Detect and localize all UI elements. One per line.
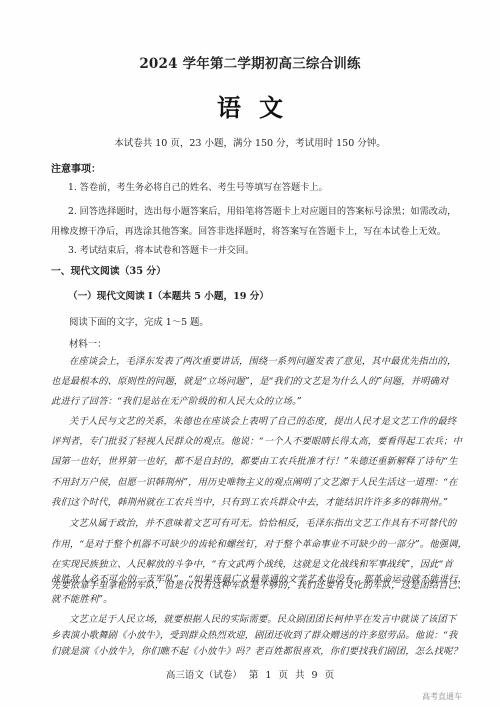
passage-line: 文艺从属于政治，并不意味着文艺可有可无。恰恰相反，毛泽东指出文艺工作具有不可替代…: [69, 518, 456, 530]
watermark: 高考直通车: [422, 691, 462, 702]
passage-line: 我们这个时代，韩荆州就在工农兵当中，只有到工农兵群众中去，才能结识许许多多的韩荆…: [51, 497, 448, 509]
passage-line: 就不能胜利”。: [51, 594, 113, 606]
passage-line: 不用封万户侯，但愿一识韩荆州”，用历史唯物主义的观点阐明了文艺源于人民生活这一道…: [51, 477, 458, 489]
passage-line: 们就是演《小放牛》，你们瞧不起《小放牛》吗？老百姓都很喜欢，你们要找我们剧团，怎…: [51, 646, 462, 658]
passage-line: 此进行了回答：“我们是站在无产阶级的和人民大众的立场。”: [51, 396, 302, 408]
material-label: 材料一：: [69, 336, 107, 350]
passage-line: 评判者，专门批驳了轻视人民群众的观点。他说：“一个人不要眼睛长得太高，要看得起工…: [51, 436, 462, 448]
reading-instruction: 阅读下面的文字，完成 1～5 题。: [69, 314, 209, 328]
passage-line: 国第一也好，世界第一也好，都不是自封的，都要由工农兵批准才行！”朱德还重新解释了…: [51, 456, 458, 468]
notice-item-1: 1. 答卷前，考生务必将自己的姓名、考生号等填写在答题卡上。: [68, 182, 328, 194]
notice-item-3: 3. 考试结束后，将本试卷和答题卡一并交回。: [68, 245, 254, 257]
exam-title: 2024 学年第二学期初高三综合训练: [0, 52, 500, 72]
subject-title: 语文: [0, 88, 500, 123]
passage-line: 在实现民族独立、人民解放的斗争中，“有文武两个战线，这就是文化战线和军事战线”，…: [51, 559, 453, 571]
section-heading: 一、现代文阅读（35 分）: [51, 263, 166, 277]
notice-item-2: 2. 回答选择题时，选出每小题答案后，用铅笔将答题卡上对应题目的答案标号涂黑；如…: [68, 206, 456, 218]
exam-info: 本试卷共 10 页，23 小题，满分 150 分，考试用时 150 分钟。: [0, 135, 500, 149]
passage-line: 乡表演小歌舞剧《小放牛》，受到群众热烈欢迎，剧团还收到了群众赠送的许多慰劳品。他…: [51, 630, 457, 642]
passage-line: 文艺立足于人民立场，就要根据人民的实际需要。民众剧团团长柯仲平在发言中就谈了该团…: [69, 614, 456, 626]
passage-line: 在座谈会上，毛泽东发表了两次重要讲话，围绕一系列问题发表了意见，其中最优先指出的…: [69, 356, 456, 368]
exam-page: 2024 学年第二学期初高三综合训练 语文 本试卷共 10 页，23 小题，满分…: [0, 0, 500, 707]
notice-heading: 注意事项：: [51, 160, 101, 175]
passage-line: 也是最根本的、原则性的问题，就是“立场问题”，是“我们的文艺是为什么人的”问题，…: [51, 376, 449, 388]
page-footer: 高三语文（试卷） 第 1 页 共 9 页: [0, 667, 500, 681]
passage-line: 作用，“是对于整个机器不可缺少的齿轮和螺丝钉，对于整个革命事业不可缺少的一部分”…: [51, 539, 467, 551]
passage-line: 战胜敌人必不可少的一支军队”，“如果连最广义最普通的文学艺术也没有，那革命运动就…: [51, 574, 467, 586]
notice-item-2-cont: 用橡皮擦干净后，再选涂其他答案。回答非选择题时，将答案写在答题卡上，写在本试卷上…: [51, 226, 446, 238]
subsection-heading: （一）现代文阅读 I（本题共 5 小题，19 分）: [68, 288, 269, 302]
passage-line: 关于人民与文艺的关系，朱德也在座谈会上表明了自己的态度，提出人民才是文艺工作的最…: [69, 416, 456, 428]
